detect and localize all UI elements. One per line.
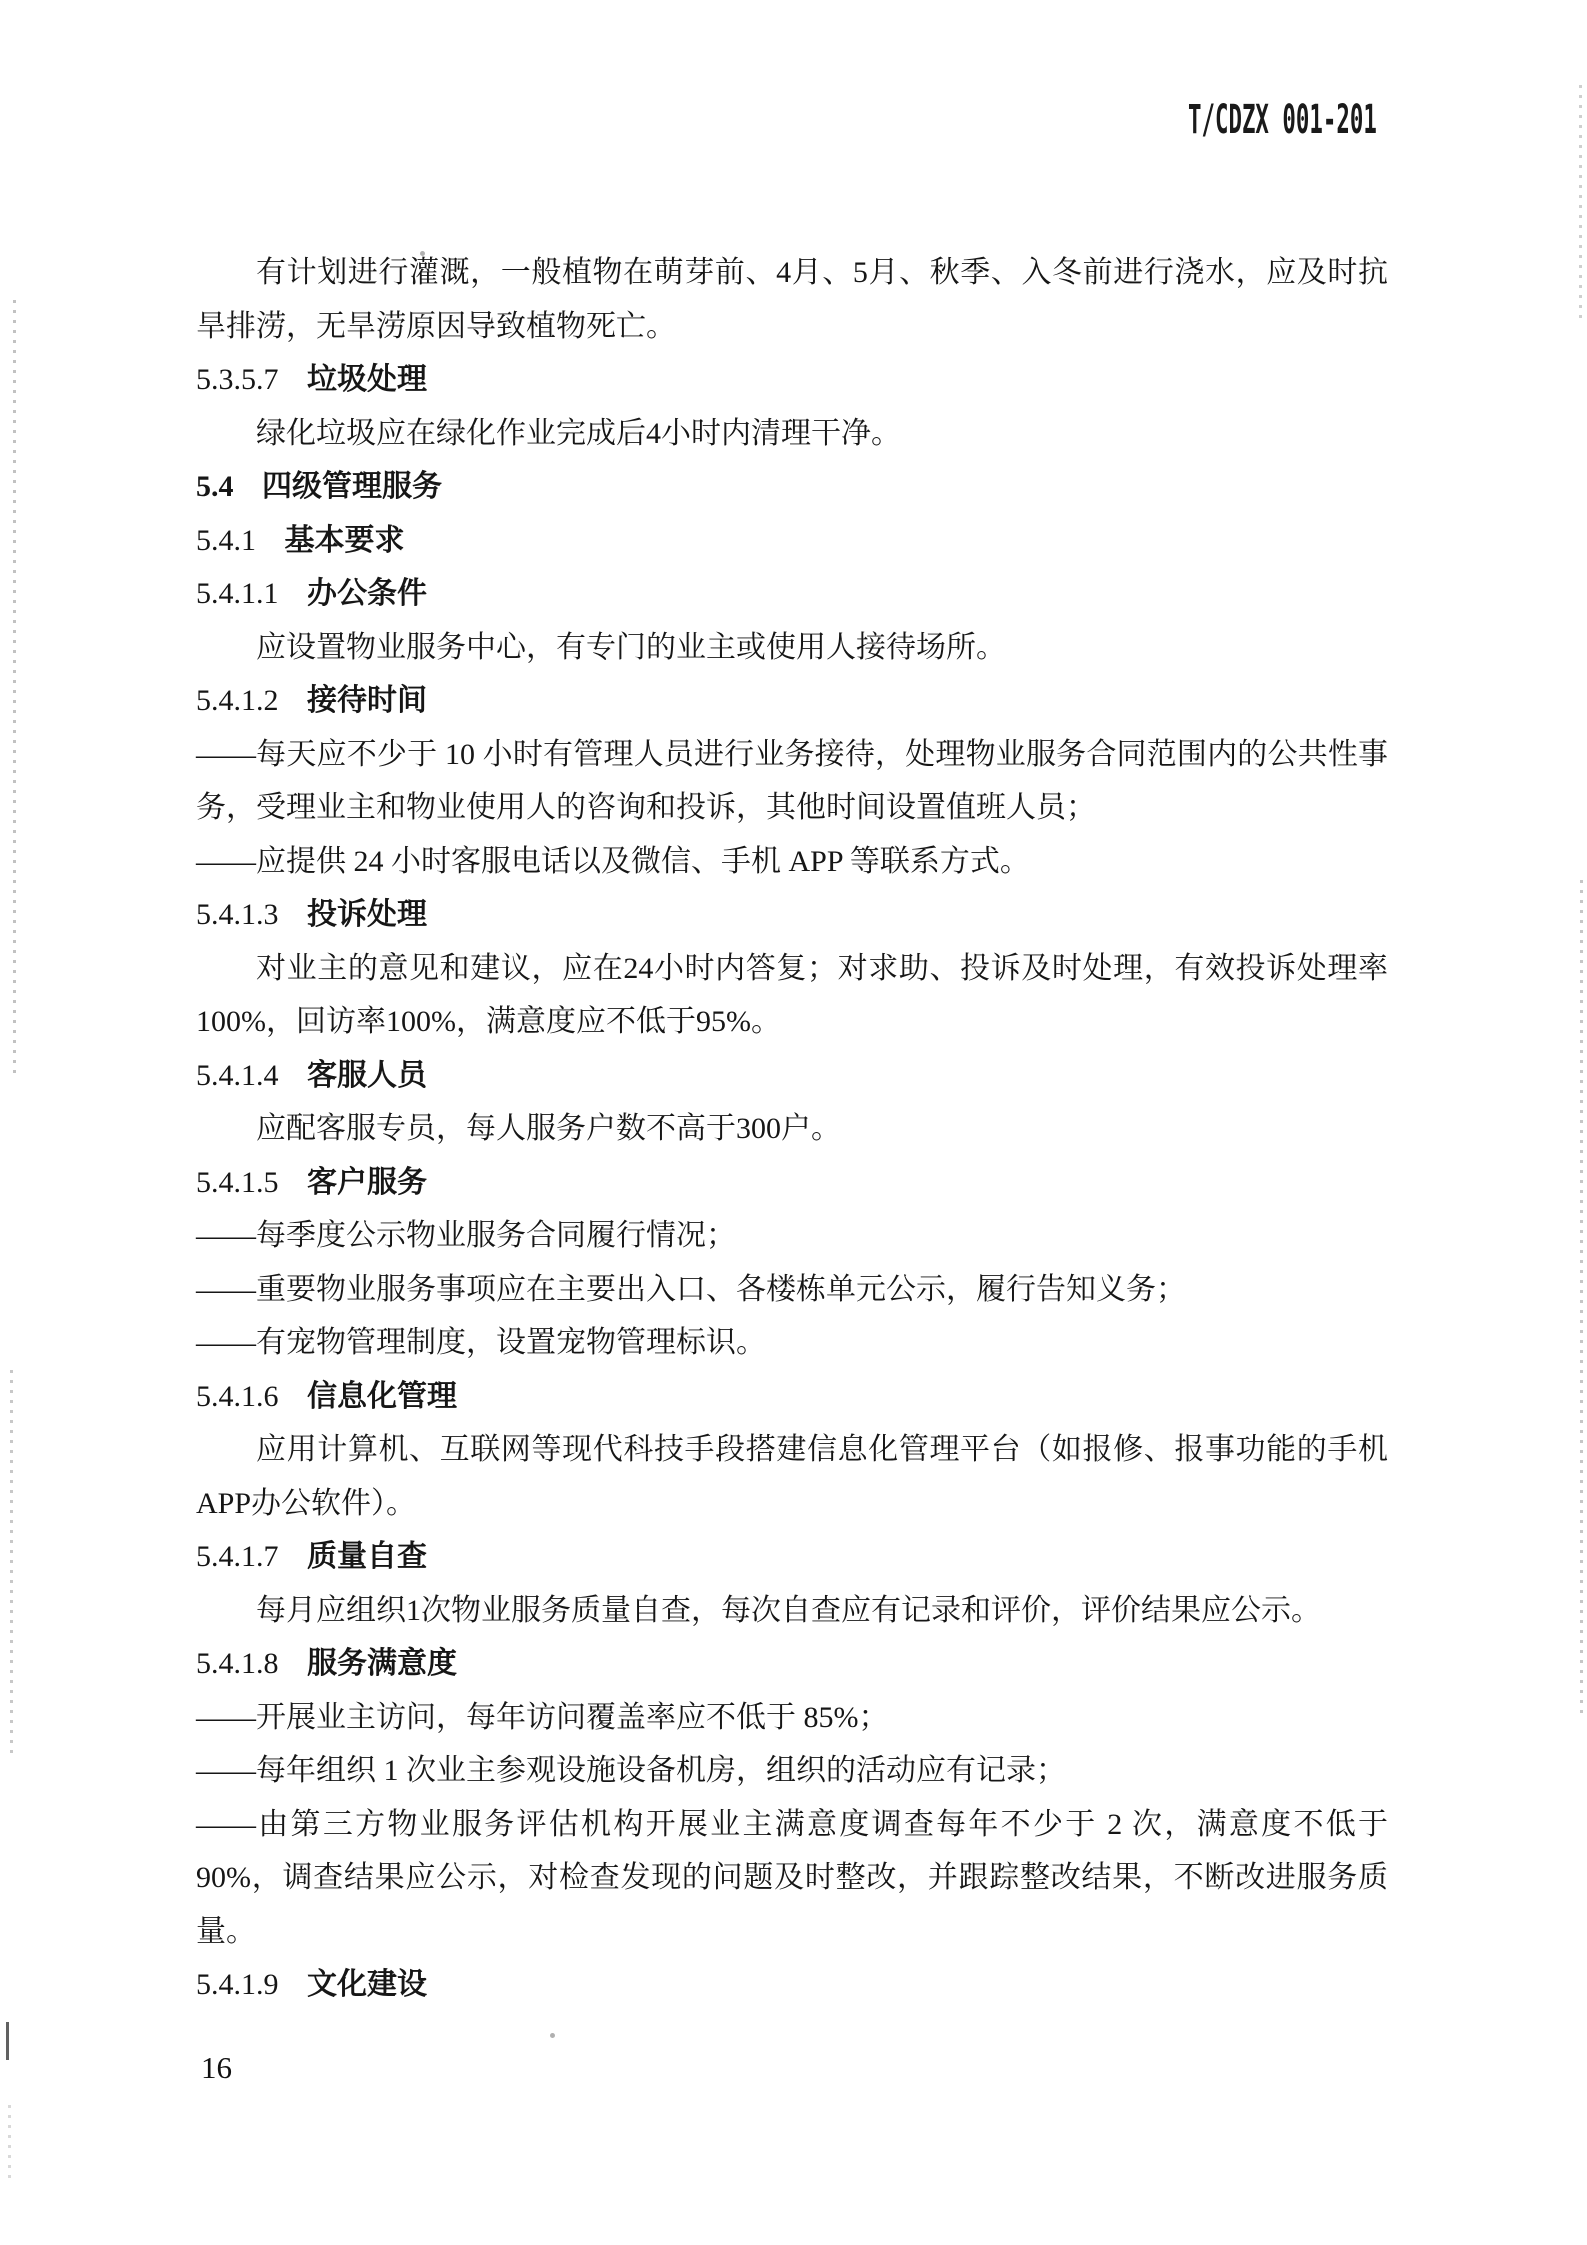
heading-number: 5.4.1.7 bbox=[196, 1540, 279, 1573]
document-code: T/CDZX 001-201 bbox=[1188, 100, 1377, 140]
heading-5-4-1-6: 5.4.1.6信息化管理 bbox=[196, 1370, 1388, 1424]
heading-number: 5.4.1.3 bbox=[196, 898, 279, 931]
heading-number: 5.4.1.5 bbox=[196, 1166, 279, 1199]
scan-artifact-left-strip bbox=[10, 1370, 13, 1760]
scan-artifact-speck bbox=[550, 2033, 555, 2038]
dash-item-hotline: ——应提供 24 小时客服电话以及微信、手机 APP 等联系方式。 bbox=[196, 835, 1388, 889]
dash-item-reception-hours: ——每天应不少于 10 小时有管理人员进行业务接待，处理物业服务合同范围内的公共… bbox=[196, 728, 1388, 835]
paragraph-self-inspection: 每月应组织1次物业服务质量自查，每次自查应有记录和评价，评价结果应公示。 bbox=[196, 1584, 1388, 1638]
heading-number: 5.4.1.6 bbox=[196, 1380, 279, 1413]
heading-title: 接待时间 bbox=[307, 684, 427, 717]
dash-item-pet-management: ——有宠物管理制度，设置宠物管理标识。 bbox=[196, 1316, 1388, 1370]
heading-5-4-1-7: 5.4.1.7质量自查 bbox=[196, 1530, 1388, 1584]
heading-5-4-1: 5.4.1基本要求 bbox=[196, 514, 1388, 568]
heading-title: 质量自查 bbox=[307, 1540, 427, 1573]
dash-item-third-party-survey: ——由第三方物业服务评估机构开展业主满意度调查每年不少于 2 次，满意度不低于 … bbox=[196, 1798, 1388, 1959]
heading-number: 5.3.5.7 bbox=[196, 363, 279, 396]
paragraph-information-platform: 应用计算机、互联网等现代科技手段搭建信息化管理平台（如报修、报事功能的手机APP… bbox=[196, 1423, 1388, 1530]
heading-title: 基本要求 bbox=[285, 524, 405, 557]
heading-number: 5.4 bbox=[196, 470, 234, 503]
page-number: 16 bbox=[201, 2050, 232, 2086]
document-body: 有计划进行灌溉，一般植物在萌芽前、4月、5月、秋季、入冬前进行浇水，应及时抗旱排… bbox=[196, 246, 1388, 2012]
heading-number: 5.4.1.2 bbox=[196, 684, 279, 717]
heading-title: 客户服务 bbox=[307, 1166, 427, 1199]
heading-5-4-1-3: 5.4.1.3投诉处理 bbox=[196, 888, 1388, 942]
dash-item-quarterly-publicity: ——每季度公示物业服务合同履行情况； bbox=[196, 1209, 1388, 1263]
heading-5-3-5-7: 5.3.5.7垃圾处理 bbox=[196, 353, 1388, 407]
heading-title: 服务满意度 bbox=[307, 1647, 457, 1680]
heading-title: 客服人员 bbox=[307, 1059, 427, 1092]
heading-number: 5.4.1 bbox=[196, 524, 256, 557]
paragraph-office-conditions: 应设置物业服务中心，有专门的业主或使用人接待场所。 bbox=[196, 621, 1388, 675]
heading-5-4-1-1: 5.4.1.1办公条件 bbox=[196, 567, 1388, 621]
scan-artifact-left-strip bbox=[13, 300, 16, 1080]
scan-artifact-left-tick bbox=[6, 2022, 9, 2060]
paragraph-greening-waste: 绿化垃圾应在绿化作业完成后4小时内清理干净。 bbox=[196, 407, 1388, 461]
dash-item-owner-visits: ——开展业主访问，每年访问覆盖率应不低于 85%； bbox=[196, 1691, 1388, 1745]
heading-number: 5.4.1.1 bbox=[196, 577, 279, 610]
heading-title: 信息化管理 bbox=[307, 1380, 457, 1413]
heading-number: 5.4.1.4 bbox=[196, 1059, 279, 1092]
heading-number: 5.4.1.9 bbox=[196, 1968, 279, 2001]
heading-5-4-1-9: 5.4.1.9文化建设 bbox=[196, 1958, 1388, 2012]
document-page: T/CDZX 001-201 有计划进行灌溉，一般植物在萌芽前、4月、5月、秋季… bbox=[0, 0, 1587, 2245]
scan-artifact-left-strip bbox=[8, 2105, 11, 2185]
scan-artifact-right-strip bbox=[1579, 85, 1582, 320]
heading-number: 5.4.1.8 bbox=[196, 1647, 279, 1680]
heading-5-4: 5.4四级管理服务 bbox=[196, 460, 1388, 514]
paragraph-complaint-handling: 对业主的意见和建议，应在24小时内答复；对求助、投诉及时处理，有效投诉处理率10… bbox=[196, 942, 1388, 1049]
paragraph-service-staff: 应配客服专员，每人服务户数不高于300户。 bbox=[196, 1102, 1388, 1156]
heading-5-4-1-5: 5.4.1.5客户服务 bbox=[196, 1156, 1388, 1210]
heading-title: 文化建设 bbox=[307, 1968, 427, 2001]
heading-title: 投诉处理 bbox=[307, 898, 427, 931]
heading-5-4-1-2: 5.4.1.2接待时间 bbox=[196, 674, 1388, 728]
dash-item-important-matters: ——重要物业服务事项应在主要出入口、各楼栋单元公示，履行告知义务； bbox=[196, 1263, 1388, 1317]
heading-5-4-1-4: 5.4.1.4客服人员 bbox=[196, 1049, 1388, 1103]
heading-title: 四级管理服务 bbox=[262, 470, 442, 503]
heading-title: 垃圾处理 bbox=[307, 363, 427, 396]
paragraph-irrigation: 有计划进行灌溉，一般植物在萌芽前、4月、5月、秋季、入冬前进行浇水，应及时抗旱排… bbox=[196, 246, 1388, 353]
scan-artifact-right-strip bbox=[1580, 880, 1583, 1720]
dash-item-facility-tour: ——每年组织 1 次业主参观设施设备机房，组织的活动应有记录； bbox=[196, 1744, 1388, 1798]
heading-title: 办公条件 bbox=[307, 577, 427, 610]
heading-5-4-1-8: 5.4.1.8服务满意度 bbox=[196, 1637, 1388, 1691]
